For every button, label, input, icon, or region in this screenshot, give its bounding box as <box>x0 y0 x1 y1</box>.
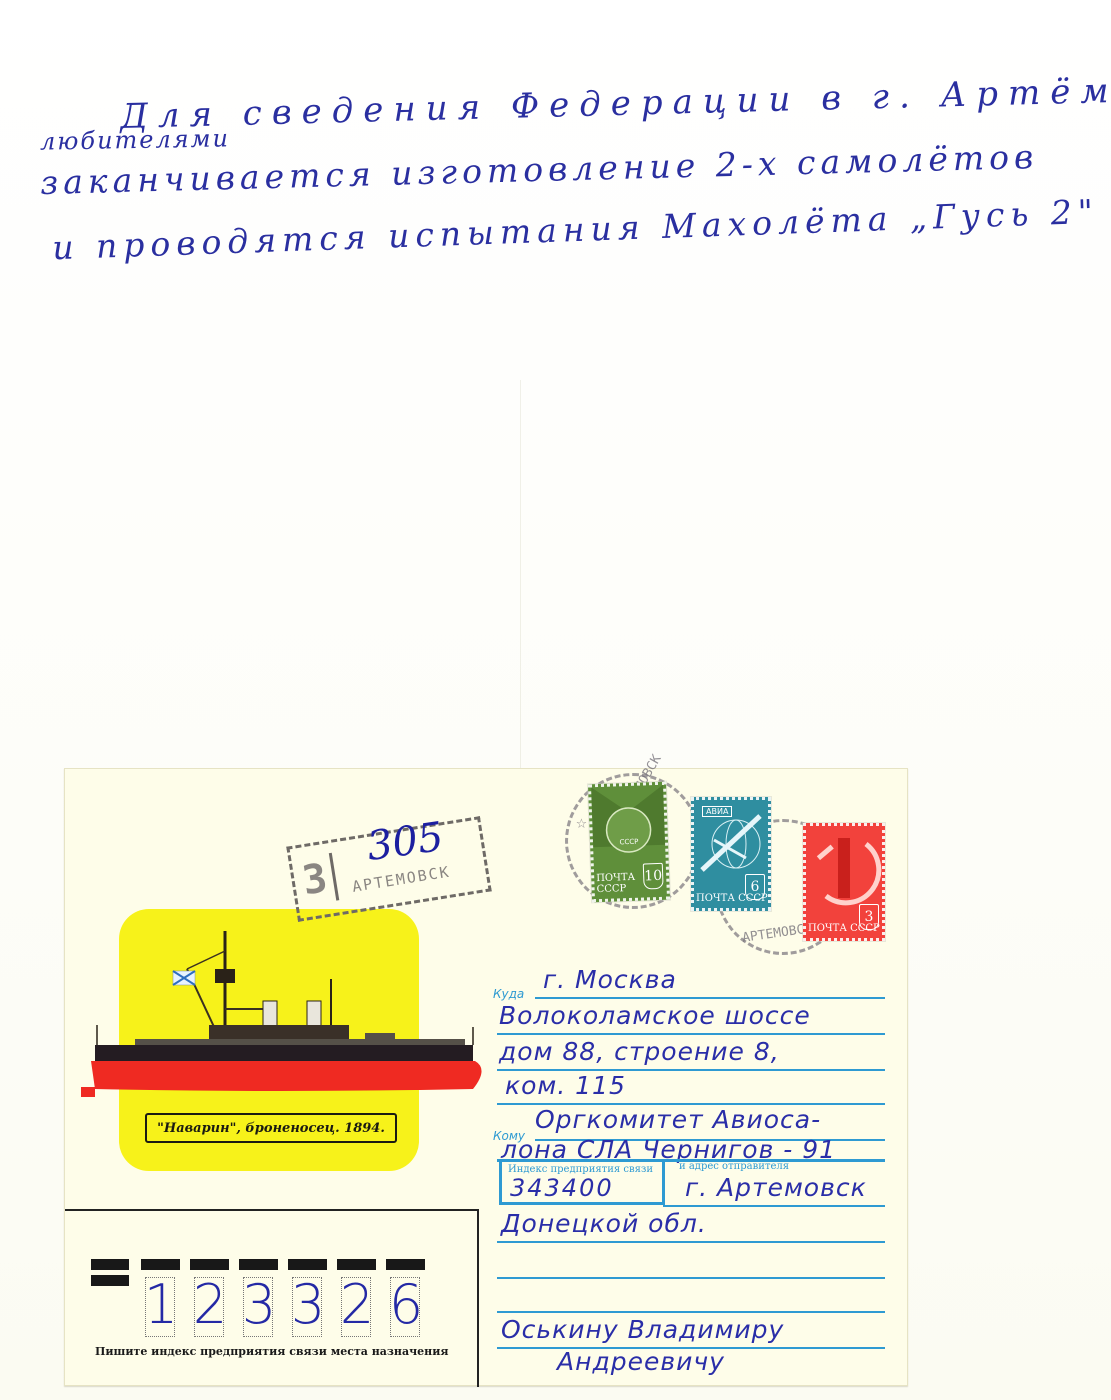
address-line: ком. 115 <box>505 1071 626 1100</box>
to-where-label: Куда <box>493 987 524 1001</box>
postcode-bar <box>91 1275 129 1286</box>
letter-line-insert: любителями <box>40 124 230 155</box>
postcode-digit: 1 <box>141 1275 181 1335</box>
postcode-bar <box>288 1259 327 1270</box>
postcode-digit: 2 <box>190 1275 230 1335</box>
postcode-bar <box>91 1259 129 1270</box>
svg-text:СССР: СССР <box>619 838 638 847</box>
address-rule <box>497 1311 885 1313</box>
postage-stamp-3: ПОЧТА СССР 3 <box>803 823 885 941</box>
postcode-digit: 3 <box>239 1275 279 1335</box>
postcode-bar <box>141 1259 180 1270</box>
sender-line: Донецкой обл. <box>501 1209 707 1238</box>
battleship-illustration-icon <box>75 929 485 1099</box>
postage-stamp-10: СССР ПОЧТА СССР 10 <box>588 782 670 903</box>
address-line: г. Москва <box>543 965 677 994</box>
address-rule <box>497 1241 885 1243</box>
artwork-caption: "Наварин", броненосец. 1894. <box>145 1113 397 1143</box>
address-line: Оргкомитет Авиоса- <box>535 1105 821 1134</box>
address-rule <box>497 1277 885 1279</box>
paper-fold-line <box>520 380 521 800</box>
star-icon: ☆ <box>576 812 587 833</box>
stamp-value: 10 <box>643 863 664 890</box>
address-rule <box>497 1033 885 1035</box>
order-badge-icon: СССР <box>591 785 666 867</box>
stamp-value: 6 <box>745 874 765 900</box>
postage-stamp-6: АВИА ПОЧТА СССР 6 <box>691 797 771 911</box>
registration-letter: З <box>299 853 339 906</box>
index-value: 343400 <box>510 1174 614 1202</box>
sender-address-label: и адрес отправителя <box>679 1161 789 1172</box>
letter-line: Для сведения Федерации в г. Артёмовске <box>120 67 1111 137</box>
postcode-caption: Пишите индекс предприятия связи места на… <box>95 1345 448 1358</box>
address-rule <box>535 997 885 999</box>
registration-city: АРТЕМОВСК <box>351 863 452 896</box>
hammer-sickle-monument-icon <box>806 826 882 910</box>
postcode-bar <box>337 1259 376 1270</box>
postcode-area: 123326 Пишите индекс предприятия связи м… <box>65 1209 479 1387</box>
postcode-bar <box>239 1259 278 1270</box>
stamp-value: 3 <box>859 904 879 930</box>
postcode-digit: 3 <box>288 1275 328 1335</box>
sender-index-box: Индекс предприятия связи 343400 <box>499 1159 665 1205</box>
sender-line: Андреевичу <box>557 1347 725 1376</box>
sender-line: г. Артемовск <box>685 1173 867 1202</box>
envelope: "Наварин", броненосец. 1894. З АРТЕМОВСК… <box>64 768 908 1386</box>
letter-line: и проводятся испытания Махолёта „Гусь 2" <box>52 192 1100 268</box>
sender-line: Оськину Владимиру <box>501 1315 784 1344</box>
stamp-tag: АВИА <box>702 806 732 817</box>
postcode-digit: 2 <box>337 1275 377 1335</box>
address-line: Волоколамское шоссе <box>499 1001 811 1030</box>
letter-sheet: Для сведения Федерации в г. Артёмовске л… <box>0 0 1111 1400</box>
postcode-bar <box>190 1259 229 1270</box>
address-rule <box>663 1205 885 1207</box>
postcode-bar <box>386 1259 425 1270</box>
envelope-artwork: "Наварин", броненосец. 1894. <box>119 909 419 1171</box>
postcode-digit: 6 <box>386 1275 426 1335</box>
address-line: дом 88, строение 8, <box>499 1037 780 1066</box>
